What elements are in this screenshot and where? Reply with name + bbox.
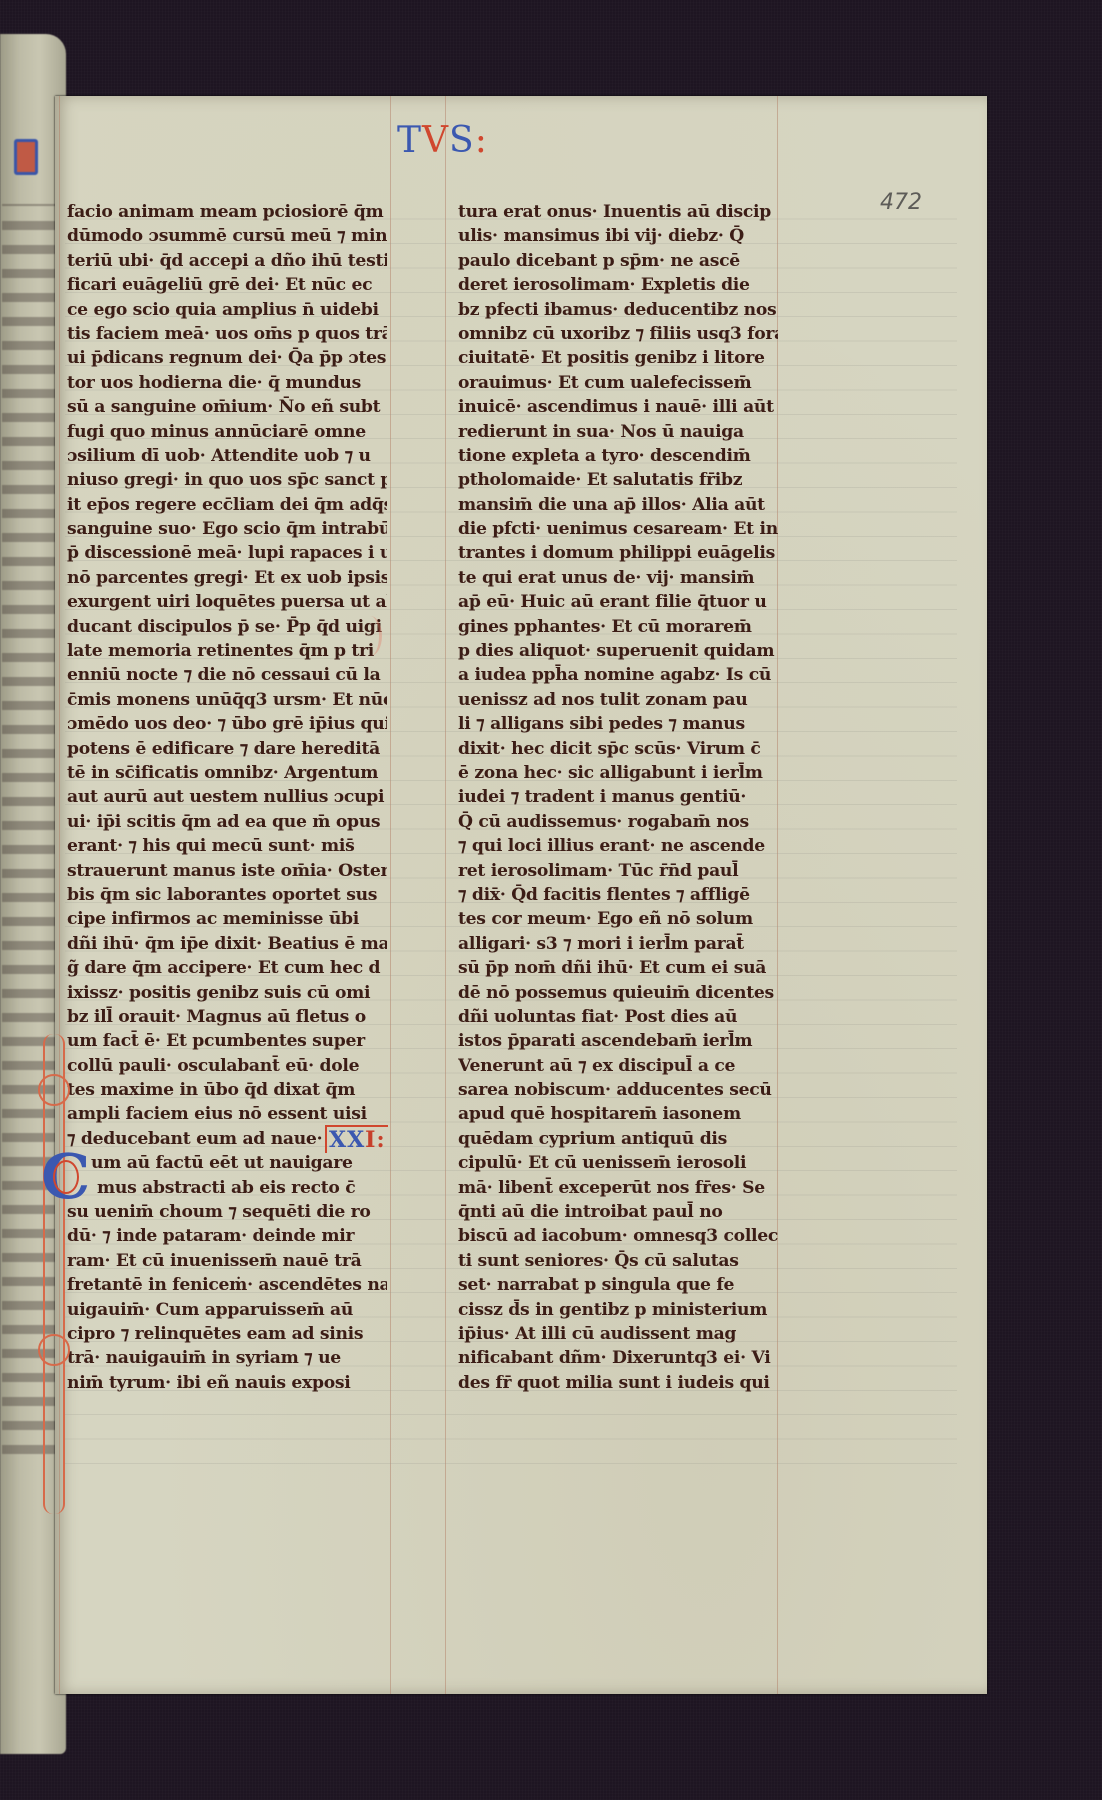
text-line: sū p̄p nom̄ dñi ihū· Et cum ei suā: [458, 956, 778, 980]
text-line: ret ierosolimam· Tūc r̄n̄d paul̄: [458, 859, 778, 883]
text-line: late memoria retinentes q̄m p tri: [67, 639, 387, 663]
text-line: erant· ⁊ his qui mecū sunt· mis̄: [67, 834, 387, 858]
text-line: cissz d̄s in gentibz p ministerium: [458, 1298, 778, 1322]
text-line: aut aurū aut uestem nullius ɔcupi: [67, 785, 387, 809]
text-line: biscū ad iacobum· omnesq3 collec: [458, 1224, 778, 1248]
text-line: g̃ dare q̄m accipere· Et cum hec d: [67, 956, 387, 980]
text-line: ɔsilium dī uob· Attendite uob ⁊ u: [67, 444, 387, 468]
decorated-initial: C: [41, 1148, 87, 1206]
chapter-numeral-blue: XX: [329, 1127, 365, 1153]
text-line: sanguine suo· Ego scio q̄m intrabūt: [67, 517, 387, 541]
text-line: tor uos hodierna die· q̄ mundus: [67, 371, 387, 395]
text-line: ti sunt seniores· Q̄s cū salutas: [458, 1249, 778, 1273]
text-line: ui· ip̄i scitis q̄m ad ea que m̄ opus: [67, 810, 387, 834]
text-line: ducant discipulos p̄ se· P̄p q̄d uigi: [67, 615, 387, 639]
text-line: ptholomaide· Et salutatis fr̄ibz: [458, 468, 778, 492]
text-line: ⁊ qui loci illius erant· ne ascende: [458, 834, 778, 858]
text-line: cipro ⁊ relinquētes eam ad sinis: [67, 1322, 387, 1346]
manuscript-folio: TVS: 472 facio animam meam pciosiorē q̄m…: [55, 96, 987, 1694]
text-column-b: tura erat onus· Inuentis aū discipulis· …: [458, 200, 778, 1395]
text-line: cipe infirmos ac meminisse ūbi: [67, 907, 387, 931]
text-line: deret ierosolimam· Expletis die: [458, 273, 778, 297]
text-line: fretantē in feniceṁ· ascendētes na: [67, 1273, 387, 1297]
penwork-flourish: [43, 1034, 65, 1514]
text-line: alligari· s3 ⁊ mori i ierl̄m parat̄: [458, 932, 778, 956]
text-line: dū· ⁊ inde pataram· deinde mir: [67, 1224, 387, 1248]
text-line: collū pauli· osculabant̄ eū· dole: [67, 1054, 387, 1078]
text-line: Venerunt aū ⁊ ex discipul̄ a ce: [458, 1054, 778, 1078]
text-line: a iudea pph̄a nomine agabz· Is cū: [458, 663, 778, 687]
text-line: die pfcti· uenimus cesaream· Et in: [458, 517, 778, 541]
text-line: tis faciem meā· uos om̄s p quos trāsi: [67, 322, 387, 346]
text-line: c̄mis monens unūq̄q3 ursm· Et nūc: [67, 688, 387, 712]
text-line: sū a sanguine om̄ium· N̄o eñ subt: [67, 395, 387, 419]
text-line: ampli̇ faciem eius nō essent uisi: [67, 1102, 387, 1126]
text-line: bis q̄m sic laborantes oportet sus: [67, 883, 387, 907]
chapter-punct: :: [376, 1127, 385, 1153]
text-line: ap̄ eū· Huic aū erant filie q̄tuor u: [458, 590, 778, 614]
text-line: mansim̄ die una ap̄ illos· Alia aūt: [458, 493, 778, 517]
text-line: mā· libent̄ exceperūt nos fr̄es· Se: [458, 1176, 778, 1200]
text-line: ui p̄dicans regnum dei· Q̄a p̄p ɔtes: [67, 346, 387, 370]
text-line: bz ill̄ orauit· Magnus aū fletus o: [67, 1005, 387, 1029]
text-line: ciuitatē· Et positis genibz i litore: [458, 346, 778, 370]
text-line: su uenim̄ choum ⁊ sequēti die ro: [67, 1200, 387, 1224]
text-line: gines pphantes· Et cū morarem̄: [458, 615, 778, 639]
text-line: bz pfecti ibamus· deducentibz nos: [458, 298, 778, 322]
text-line: um fact̄ ē· Et pcumbentes super: [67, 1029, 387, 1053]
text-line: trantes i domum philippi euāgelis: [458, 541, 778, 565]
running-head-blue: T: [397, 120, 422, 161]
initial-swirl: [53, 1160, 79, 1194]
running-head-red: V: [422, 120, 449, 161]
text-line: potens ē edificare ⁊ dare hereditā: [67, 737, 387, 761]
folio-number: 472: [880, 190, 922, 215]
text-line: orauimus· Et cum ualefecissem̄: [458, 371, 778, 395]
running-head-blue-tail: S: [449, 120, 475, 161]
text-line: dixit· hec dicit sp̄c scūs· Virum c̄: [458, 737, 778, 761]
text-line: dūmodo ɔsummē cursū meū ⁊ minis: [67, 224, 387, 248]
running-head-punct: :: [475, 120, 488, 161]
text-line: nificabant dñm· Dixeruntq3 ei· Vi: [458, 1346, 778, 1370]
text-line: apud quē hospitarem̄ iasonem: [458, 1102, 778, 1126]
text-column-a: facio animam meam pciosiorē q̄m medūmodo…: [67, 200, 387, 1395]
red-ink-bleed: [359, 616, 382, 656]
text-line: iudei ⁊ tradent i manus gentiū·: [458, 785, 778, 809]
text-line: nim̄ tyrum· ibi eñ nauis exposi: [67, 1371, 387, 1395]
text-line: p̄ discessionē meā· lupi rapaces i uos: [67, 541, 387, 565]
text-line: um aū factū eēt ut nauigare: [67, 1151, 387, 1175]
previous-page-initial: [14, 139, 38, 175]
text-line: ip̄ius· At illi cū audissent mag: [458, 1322, 778, 1346]
text-line: tes maxime in ūbo q̄d dixat q̄m: [67, 1078, 387, 1102]
text-line: teriū ubi· q̄d accepi a dño ihū testi: [67, 249, 387, 273]
text-line: sarea nobiscum· adducentes secū: [458, 1078, 778, 1102]
text-line: ram· Et cū inuenissem̄ nauē trā: [67, 1249, 387, 1273]
text-line: ē zona hec· sic alligabunt i ierl̄m: [458, 761, 778, 785]
text-line: set· narrabat p singula que fe: [458, 1273, 778, 1297]
text-line: Q̄ cū audissemus· rogabam̄ nos: [458, 810, 778, 834]
text-line: ulis· mansimus ibi vij· diebz· Q̄: [458, 224, 778, 248]
text-line: niuso gregi· in quo uos sp̄c sanct posu: [67, 468, 387, 492]
text-line: uigauim̄· Cum apparuissem̄ aū: [67, 1298, 387, 1322]
text-line: q̄nti aū die introibat paul̄ no: [458, 1200, 778, 1224]
text-line: ɔmēdo uos deo· ⁊ ūbo grē ip̄ius qui: [67, 712, 387, 736]
text-line: dē nō possemus quieuim̄ dicentes: [458, 981, 778, 1005]
text-line: dñi uoluntas fiat· Post dies aū: [458, 1005, 778, 1029]
text-line: ce ego scio quia amplius n̄ uidebi: [67, 298, 387, 322]
text-line: nō parcentes gregi· Et ex uob ipsis: [67, 566, 387, 590]
text-line: exurgent uiri loquētes puersa ut ab: [67, 590, 387, 614]
text-line: te qui erat unus de· vij· mansim̄: [458, 566, 778, 590]
text-line: tione expleta a tyro· descendim̄: [458, 444, 778, 468]
running-head: TVS:: [397, 120, 488, 161]
text-line: inuicē· ascendimus i nauē· illi aūt: [458, 395, 778, 419]
text-line: uenissz ad nos tulit zonam pau: [458, 688, 778, 712]
chapter-number: XXI:: [325, 1125, 388, 1153]
text-line: cipulū· Et cū uenissem̄ ierosoli: [458, 1151, 778, 1175]
text-line: ⁊ dix̄· Q̄d facitis flentes ⁊ affligē: [458, 883, 778, 907]
text-line: it ep̄os regere ecc̄liam dei q̄m adq̄siu…: [67, 493, 387, 517]
text-line: strauerunt manus iste om̄ia· Ostendi uo: [67, 859, 387, 883]
text-line: enniū nocte ⁊ die nō cessaui cū la: [67, 663, 387, 687]
text-line: trā· nauigauim̄ in syriam ⁊ ue: [67, 1346, 387, 1370]
text-line: ixissz· positis genibz suis cū omi: [67, 981, 387, 1005]
text-line: tura erat onus· Inuentis aū discip: [458, 200, 778, 224]
text-line: istos p̄parati ascendebam̄ ierl̄m: [458, 1029, 778, 1053]
text-line: tē in sc̄ificatis omnibz· Argentum: [67, 761, 387, 785]
text-line: fugi quo minus annūciarē omne: [67, 420, 387, 444]
text-line: omnibz cū uxoribz ⁊ filiis usq3 foras: [458, 322, 778, 346]
text-line: des fr̄ quot milia sunt i iudeis qui: [458, 1371, 778, 1395]
text-line: ficari euāgeliū grē dei· Et nūc ec: [67, 273, 387, 297]
text-line: facio animam meam pciosiorē q̄m me: [67, 200, 387, 224]
text-line: paulo dicebant p sp̄m· ne ascē: [458, 249, 778, 273]
chapter-numeral-red: I: [365, 1127, 376, 1153]
text-line: dñi ihū· q̄m ip̄e dixit· Beatius ē ma: [67, 932, 387, 956]
text-line: redierunt in sua· Nos ū nauiga: [458, 420, 778, 444]
text-line: quēdam cyprium antiquū dis: [458, 1127, 778, 1151]
text-line: mus abstracti ab eis recto c̄: [67, 1176, 387, 1200]
text-line: p dies aliquot· superuenit quidam: [458, 639, 778, 663]
text-line: tes cor meum· Ego eñ nō solum: [458, 907, 778, 931]
text-line: li ⁊ alligans sibi pedes ⁊ manus: [458, 712, 778, 736]
